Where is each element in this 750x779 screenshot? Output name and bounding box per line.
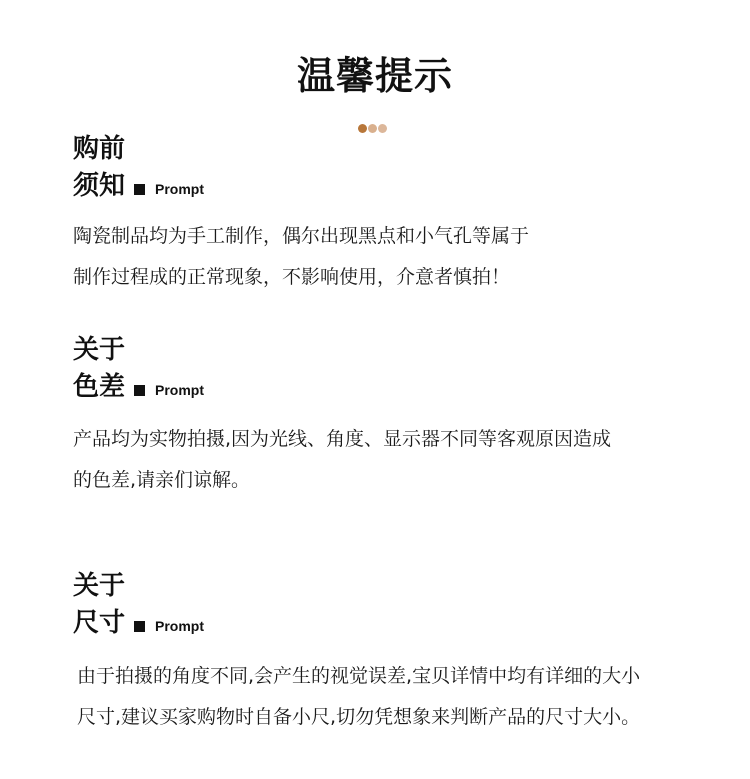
section-heading-purchase-notice: 购前 须知 Prompt	[73, 132, 204, 206]
prompt-tag: Prompt	[155, 373, 204, 407]
body-line: 制作过程成的正常现象，不影响使用，介意者慎拍！	[73, 257, 529, 298]
square-bullet-icon	[134, 385, 145, 396]
dot-icon	[358, 124, 367, 133]
heading-line-1: 关于	[73, 333, 204, 367]
body-line: 的色差,请亲们谅解。	[73, 460, 611, 501]
heading-line-2: 尺寸	[73, 606, 125, 640]
body-line: 由于拍摄的角度不同,会产生的视觉误差,宝贝详情中均有详细的大小	[77, 656, 640, 697]
heading-line-1: 购前	[73, 132, 204, 166]
heading-line-2: 须知	[73, 169, 125, 203]
square-bullet-icon	[134, 184, 145, 195]
section-body-color-difference: 产品均为实物拍摄,因为光线、角度、显示器不同等客观原因造成 的色差,请亲们谅解。	[73, 419, 611, 501]
page-title: 温馨提示	[0, 52, 750, 100]
heading-line-1: 关于	[73, 569, 204, 603]
section-body-size: 由于拍摄的角度不同,会产生的视觉误差,宝贝详情中均有详细的大小 尺寸,建议买家购…	[77, 656, 640, 738]
body-line: 尺寸,建议买家购物时自备小尺,切勿凭想象来判断产品的尺寸大小。	[77, 697, 640, 738]
body-line: 产品均为实物拍摄,因为光线、角度、显示器不同等客观原因造成	[73, 419, 611, 460]
decorative-dots	[358, 124, 387, 133]
square-bullet-icon	[134, 621, 145, 632]
prompt-tag: Prompt	[155, 172, 204, 206]
heading-line-2: 色差	[73, 370, 125, 404]
section-heading-size: 关于 尺寸 Prompt	[73, 569, 204, 643]
section-heading-color-difference: 关于 色差 Prompt	[73, 333, 204, 407]
dot-icon	[378, 124, 387, 133]
dot-icon	[368, 124, 377, 133]
section-body-purchase-notice: 陶瓷制品均为手工制作，偶尔出现黑点和小气孔等属于 制作过程成的正常现象，不影响使…	[73, 216, 529, 298]
prompt-tag: Prompt	[155, 609, 204, 643]
body-line: 陶瓷制品均为手工制作，偶尔出现黑点和小气孔等属于	[73, 216, 529, 257]
